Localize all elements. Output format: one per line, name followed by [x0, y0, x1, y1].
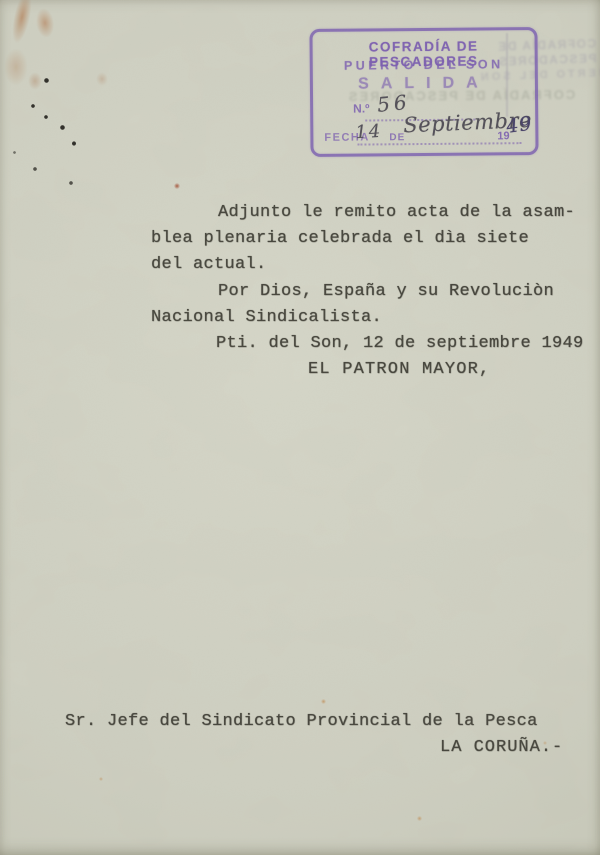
rust-stain [9, 0, 36, 45]
ink-speck [69, 181, 73, 185]
stamp-salida-label: SALIDA [313, 74, 535, 94]
addressee-line: Sr. Jefe del Sindicato Provincial de la … [65, 713, 538, 730]
body-line-4: Por Dios, España y su Revoluciòn [218, 283, 554, 300]
ink-speck [33, 167, 37, 171]
ink-speck [13, 151, 16, 154]
stamp-number-label: N.º [353, 101, 370, 115]
stamp-place: PUERTO DEL SON [313, 57, 535, 73]
city-line: LA CORUÑA.- [440, 739, 563, 756]
ink-speck [72, 141, 76, 146]
ink-speck [44, 115, 48, 119]
scanned-letter-page: COFRADÍA DE PESCADORES PUERTO DEL SON CO… [0, 0, 600, 855]
orange-speck [417, 816, 422, 821]
ink-speck [44, 78, 49, 83]
body-line-1: Adjunto le remito acta de la asam- [218, 204, 575, 221]
rust-stain [96, 72, 108, 86]
signature-title-line: EL PATRON MAYOR, [308, 361, 490, 378]
rubber-stamp: COFRADÍA DE PESCADORES PUERTO DEL SON SA… [309, 27, 538, 157]
orange-speck [99, 777, 103, 781]
body-line-5: Nacional Sindicalista. [151, 309, 382, 326]
rust-stain [34, 7, 56, 39]
ink-speck [31, 104, 35, 108]
body-line-3: del actual. [151, 256, 267, 273]
stamp-date-day-handwritten: 14 [355, 121, 383, 144]
red-speck [174, 183, 180, 189]
rust-stain [4, 48, 28, 86]
body-line-6: Pti. del Son, 12 de septiembre 1949 [216, 335, 584, 352]
stamp-year-handwritten: 49 [505, 113, 534, 138]
orange-speck [321, 699, 326, 704]
rust-stain [28, 72, 42, 90]
stamp-date-dotted-line [357, 141, 521, 145]
body-line-2: blea plenaria celebrada el dìa siete [151, 230, 529, 247]
ink-speck [60, 125, 65, 130]
